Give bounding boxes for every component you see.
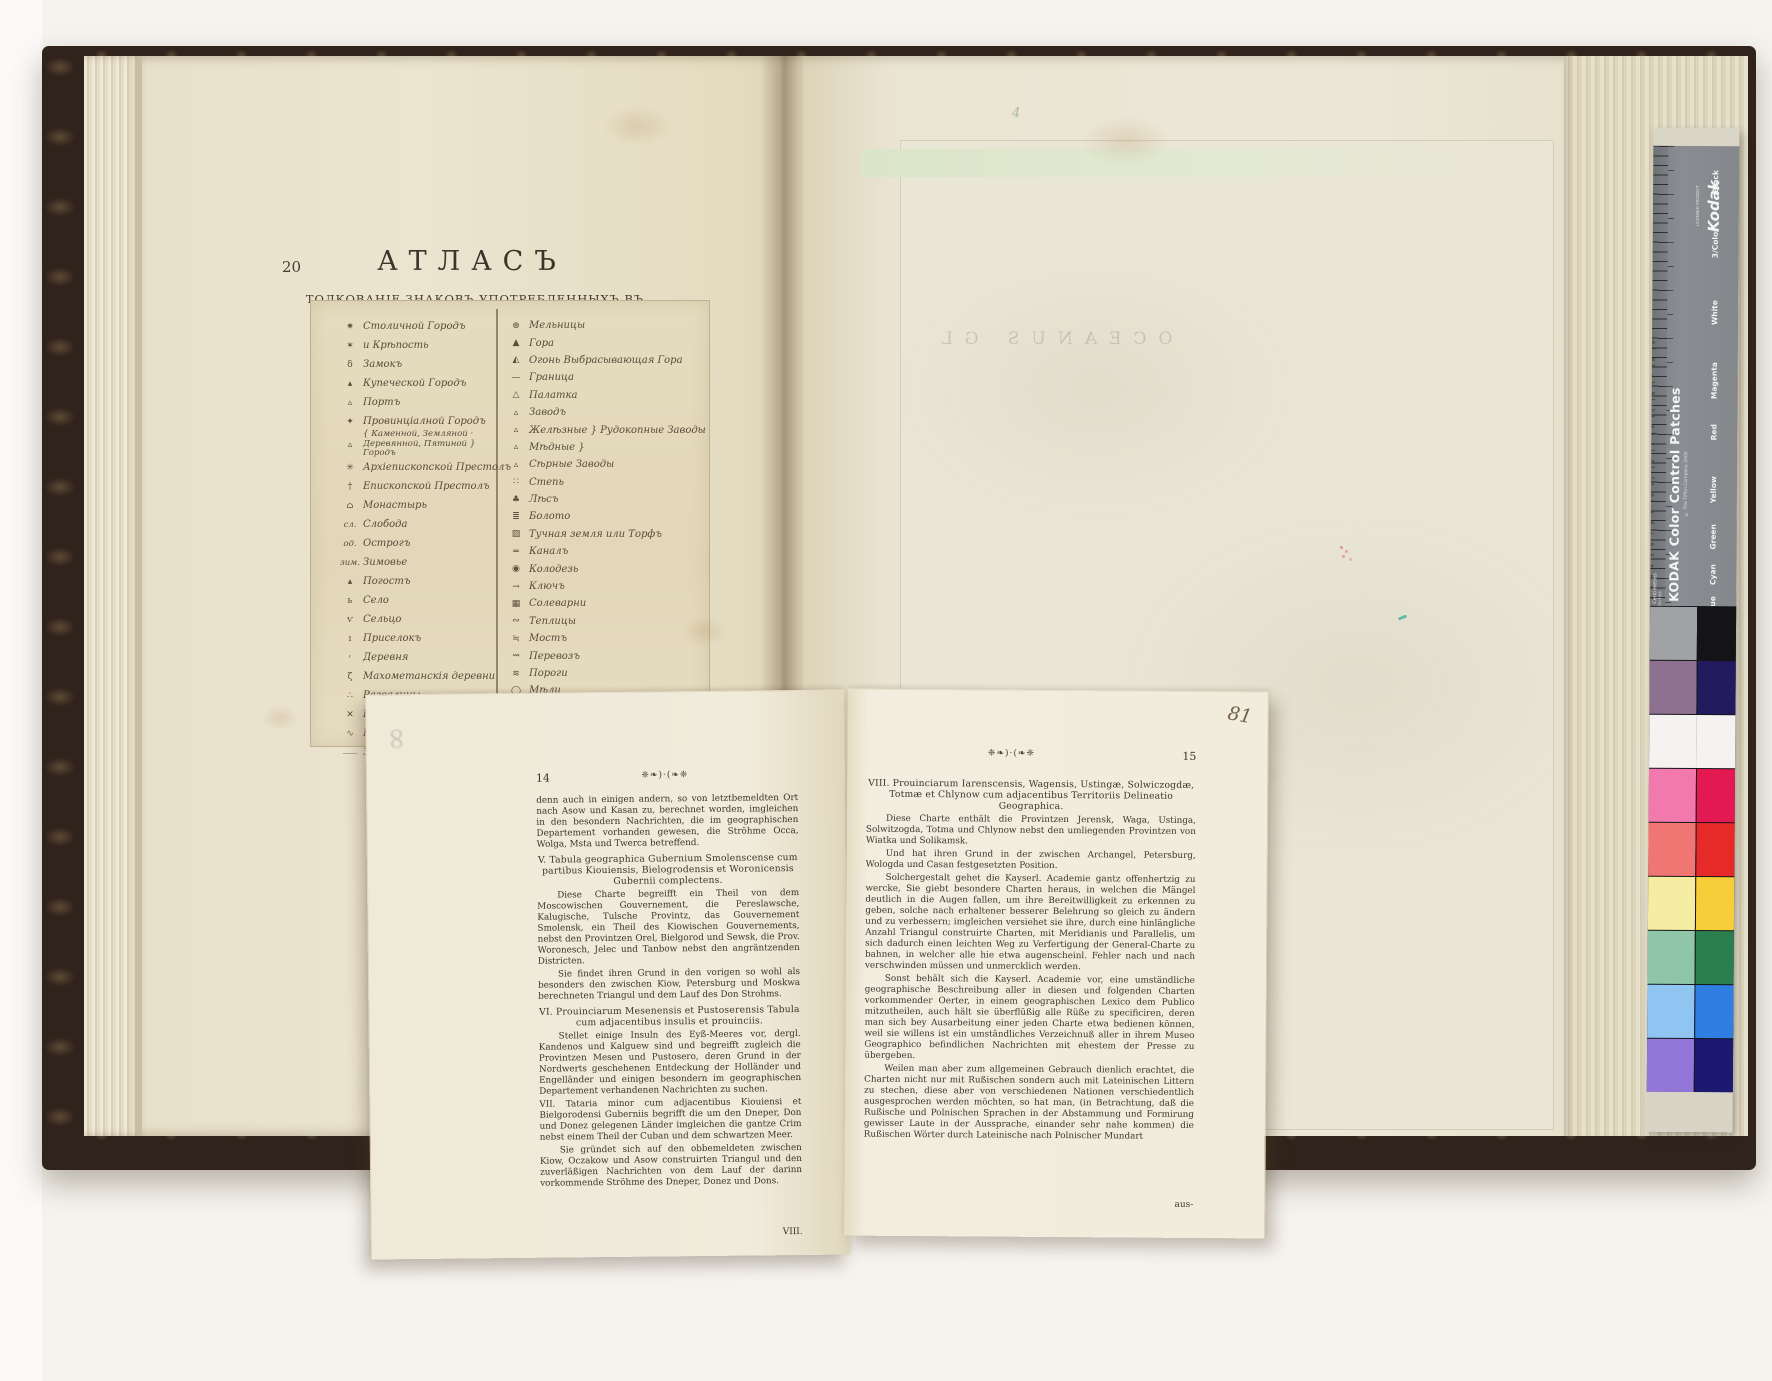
legend-label: Сѣрные Заводы bbox=[529, 459, 614, 470]
legend-label: Теплицы bbox=[529, 616, 576, 627]
legend-label: Острогъ bbox=[363, 538, 410, 549]
legend-label: Деревня bbox=[363, 652, 408, 663]
legend-label: Зимовье bbox=[363, 557, 407, 568]
patch-solid-swatch bbox=[1696, 661, 1735, 714]
patch-name-label: Cyan bbox=[1708, 564, 1717, 585]
patch-solid-swatch bbox=[1694, 985, 1733, 1038]
legend-item: → Ключъ bbox=[503, 578, 703, 595]
legend-label: Солеварни bbox=[529, 598, 586, 609]
patch-name-label: Blue bbox=[1708, 596, 1717, 606]
legend-symbol-icon: ѵ bbox=[337, 615, 363, 625]
page-title: АТЛАСЪ bbox=[272, 246, 672, 277]
legend-symbol-icon: ı bbox=[337, 634, 363, 644]
legend-label: Купеческой Городъ bbox=[363, 378, 466, 389]
booklet-right-text: VIII. Prouinciarum Iarenscensis, Wagensi… bbox=[864, 774, 1197, 1145]
booklet-paragraph: Diese Charte begreifft ein Theil von dem… bbox=[537, 888, 800, 968]
legend-column-right: ⊛ Мельницы ▲ Гора ◭ Огонь Выбрасывающая … bbox=[503, 317, 703, 700]
legend-item: ▵ Портъ bbox=[337, 393, 495, 412]
legend-symbol-icon: ▵ bbox=[503, 442, 529, 452]
legend-symbol-icon: ζ bbox=[337, 672, 363, 682]
legend-symbol-icon: ▴ bbox=[337, 379, 363, 389]
legend-label: Тучная земля или Торфъ bbox=[529, 529, 662, 540]
booklet-right-leaf: 81 ❈❧)·(❧❈ 15 VIII. Prouinciarum Iarensc… bbox=[844, 689, 1269, 1239]
legend-item: ◭ Огонь Выбрасывающая Гора bbox=[503, 352, 703, 369]
patch-name-label: White bbox=[1710, 300, 1719, 325]
legend-label: Замокъ bbox=[363, 359, 402, 370]
patch-tint-swatch bbox=[1648, 931, 1695, 984]
booklet-paragraph: Weilen man aber zum allgemeinen Gebrauch… bbox=[864, 1064, 1195, 1143]
legend-item: сл. Слобода bbox=[337, 515, 495, 534]
booklet-page-number: 15 bbox=[1182, 750, 1196, 763]
legend-symbol-icon: ♣ bbox=[503, 495, 529, 505]
legend-label: Колодезь bbox=[529, 564, 578, 575]
legend-symbol-icon: † bbox=[337, 482, 363, 492]
header-ornament-icon: ❈❧)·(❧❈ bbox=[536, 769, 794, 782]
legend-symbol-icon: → bbox=[503, 582, 529, 592]
legend-symbol-icon: ◉ bbox=[503, 564, 529, 574]
patch-name-label: Red bbox=[1709, 424, 1718, 440]
booklet-paragraph: VI. Prouinciarum Mesenensis et Pustosere… bbox=[538, 1004, 800, 1029]
catchword: aus- bbox=[863, 1198, 1193, 1210]
legend-symbol-icon: ✷ bbox=[337, 322, 363, 332]
color-patch-row bbox=[1648, 930, 1734, 985]
legend-item: ⇝ Перевозъ bbox=[503, 647, 703, 664]
booklet-paragraph: Diese Charte enthält die Provintzen Jere… bbox=[866, 814, 1196, 849]
legend-symbol-icon: ≒ bbox=[503, 634, 529, 644]
legend-label: Монастырь bbox=[363, 500, 427, 511]
legend-symbol-icon: ˓ bbox=[337, 653, 363, 663]
legend-item: ∷ Степь bbox=[503, 474, 703, 491]
legend-label: Желѣзные } Рудокопные Заводы bbox=[529, 425, 706, 436]
patch-tint-swatch bbox=[1650, 607, 1697, 660]
legend-symbol-icon: — bbox=[503, 373, 529, 383]
legend-symbol-icon: ⊛ bbox=[503, 321, 529, 331]
legend-label: Портъ bbox=[363, 397, 400, 408]
legend-label: Болото bbox=[529, 511, 570, 522]
strip-title: KODAK Color Control Patches bbox=[1666, 232, 1684, 602]
legend-symbol-icon: △ bbox=[503, 390, 529, 400]
patch-name-label: Black bbox=[1711, 170, 1720, 193]
legend-symbol-icon: ▵ bbox=[337, 398, 363, 408]
strip-copyright: © The Tiffen Company 2000 bbox=[1684, 296, 1691, 516]
color-patch-row bbox=[1647, 984, 1733, 1039]
legend-label: Гора bbox=[529, 338, 554, 349]
legend-label: Сельцо bbox=[363, 614, 401, 625]
legend-item: ⌂ Монастырь bbox=[337, 496, 495, 515]
booklet-paragraph: Solchergestalt gehet die Kayserl. Academ… bbox=[865, 873, 1196, 974]
booklet-paragraph: denn auch in einigen andern, so von letz… bbox=[536, 793, 799, 851]
patch-solid-swatch bbox=[1697, 607, 1736, 660]
catchword: VIII. bbox=[541, 1227, 803, 1240]
legend-label: и Крѣпость bbox=[363, 340, 429, 351]
handwritten-annotation: 81 bbox=[1226, 702, 1254, 728]
legend-label: Приселокъ bbox=[363, 633, 421, 644]
legend-label: Перевозъ bbox=[529, 651, 580, 662]
page-edges-left bbox=[84, 56, 142, 1136]
legend-symbol-icon: ь bbox=[337, 596, 363, 606]
patch-name-label: 3/Color bbox=[1711, 228, 1720, 258]
legend-label: Слобода bbox=[363, 519, 407, 530]
booklet-paragraph: Sonst behält sich die Kayserl. Academie … bbox=[864, 974, 1195, 1064]
color-patch-row bbox=[1650, 606, 1736, 661]
legend-item: ▲ Гора bbox=[503, 334, 703, 351]
legend-item: ▦ Солеварни bbox=[503, 595, 703, 612]
booklet-paragraph: Sie gründet sich auf den obbemeldeten zw… bbox=[540, 1143, 802, 1190]
legend-item: ▵ { Каменной, Земляной · Деревянной, Пят… bbox=[337, 431, 495, 458]
legend-item: од. Острогъ bbox=[337, 534, 495, 553]
kodak-color-control-strip: 1 2 3 4 5 6 7 8 9 10 11 12 13 14 15 16 1… bbox=[1646, 128, 1739, 1133]
booklet-paragraph: V. Tabula geographica Gubernium Smolensc… bbox=[537, 852, 799, 888]
strip-ruler-section: 1 2 3 4 5 6 7 8 9 10 11 12 13 14 15 16 1… bbox=[1650, 146, 1739, 607]
legend-symbol-icon: од. bbox=[337, 539, 363, 549]
legend-symbol-icon: ≣ bbox=[503, 512, 529, 522]
legend-label: Мельницы bbox=[529, 320, 585, 331]
legend-item: ˓ Деревня bbox=[337, 648, 495, 667]
patch-tint-swatch bbox=[1648, 877, 1695, 930]
color-patch-row bbox=[1649, 768, 1735, 823]
booklet-paragraph: VIII. Prouinciarum Iarenscensis, Wagensi… bbox=[866, 778, 1196, 813]
pink-speckles bbox=[1340, 546, 1343, 549]
foxing-stain bbox=[262, 706, 298, 730]
foxing-stain bbox=[682, 616, 726, 646]
legend-item: ◉ Колодезь bbox=[503, 560, 703, 577]
patch-tint-swatch bbox=[1649, 715, 1696, 768]
patch-name-label: Yellow bbox=[1709, 476, 1718, 503]
legend-plate: ✷ Столичной Городъ ✶ и Крѣпость δ Замокъ bbox=[310, 300, 710, 747]
legend-symbol-icon: зим. bbox=[337, 558, 363, 568]
color-patch-row bbox=[1648, 876, 1734, 931]
legend-label: Пороги bbox=[529, 668, 568, 679]
legend-label: Граница bbox=[529, 372, 574, 383]
legend-symbol-icon: ▴ bbox=[337, 577, 363, 587]
legend-item: ▴ Купеческой Городъ bbox=[337, 374, 495, 393]
legend-label: Погостъ bbox=[363, 576, 411, 587]
legend-item: ≒ Мостъ bbox=[503, 630, 703, 647]
legend-label: Каналъ bbox=[529, 546, 568, 557]
legend-symbol-icon: ⌂ bbox=[337, 501, 363, 511]
legend-symbol-icon: ▵ bbox=[337, 440, 363, 450]
legend-label: Провинціалной Городъ bbox=[363, 416, 486, 427]
legend-symbol-icon: ◭ bbox=[503, 355, 529, 365]
legend-item: ▨ Тучная земля или Торфъ bbox=[503, 526, 703, 543]
legend-label: Архіепископской Престолъ bbox=[363, 462, 511, 473]
color-patch-row bbox=[1649, 660, 1735, 715]
legend-item: ь Село bbox=[337, 591, 495, 610]
patch-solid-swatch bbox=[1695, 823, 1734, 876]
legend-item: ▵ Желѣзные } Рудокопные Заводы bbox=[503, 421, 703, 438]
legend-item: ✷ Столичной Городъ bbox=[337, 317, 495, 336]
scanned-book-photo: 20 АТЛАСЪ ТОЛКОВАНІЕ ЗНАКОВЪ УПОТРЕБЛЕНН… bbox=[0, 0, 1772, 1381]
patch-tint-swatch bbox=[1649, 769, 1696, 822]
legend-label: Село bbox=[363, 595, 389, 606]
legend-item: ≣ Болото bbox=[503, 508, 703, 525]
legend-item: ✶ и Крѣпость bbox=[337, 336, 495, 355]
legend-symbol-icon: δ bbox=[337, 360, 363, 370]
legend-label: Степь bbox=[529, 477, 564, 488]
legend-item: ▴ Погостъ bbox=[337, 572, 495, 591]
legend-symbol-icon: ▵ bbox=[503, 425, 529, 435]
legend-label: Лѣсъ bbox=[529, 494, 558, 505]
color-patch-row bbox=[1649, 714, 1735, 769]
legend-item: ♣ Лѣсъ bbox=[503, 491, 703, 508]
legend-label: Мѣдные } bbox=[529, 442, 585, 453]
legend-item: — Граница bbox=[503, 369, 703, 386]
legend-symbol-icon: ∴ bbox=[337, 691, 363, 701]
legend-item: ═ Каналъ bbox=[503, 543, 703, 560]
legend-symbol-icon: ✶ bbox=[337, 341, 363, 351]
booklet-left-leaf: ∞ 14 ❈❧)·(❧❈ denn auch in einigen andern… bbox=[365, 690, 850, 1260]
patch-solid-swatch bbox=[1696, 769, 1735, 822]
legend-symbol-icon: сл. bbox=[337, 520, 363, 530]
legend-item: ▵ Сѣрные Заводы bbox=[503, 456, 703, 473]
legend-symbol-icon: ▵ bbox=[503, 408, 529, 418]
strip-tail bbox=[1646, 1092, 1732, 1133]
paper-watermark-icon: ∞ bbox=[379, 726, 414, 751]
strip-color-patches bbox=[1647, 606, 1736, 1093]
legend-item: † Епископской Престолъ bbox=[337, 477, 495, 496]
legend-label: Епископской Престолъ bbox=[363, 481, 490, 492]
patch-tint-swatch bbox=[1647, 1039, 1694, 1092]
licensed-product-label: LICENSED PRODUCT bbox=[1695, 156, 1700, 226]
legend-label: Столичной Городъ bbox=[363, 321, 465, 332]
legend-symbol-icon: ▨ bbox=[503, 529, 529, 539]
legend-item: △ Палатка bbox=[503, 387, 703, 404]
legend-item: δ Замокъ bbox=[337, 355, 495, 374]
booklet-paragraph: Stellet einige Insuln des Eyß-Meeres vor… bbox=[539, 1029, 802, 1098]
patch-solid-swatch bbox=[1695, 931, 1734, 984]
booklet-left-header: 14 ❈❧)·(❧❈ bbox=[536, 769, 794, 788]
patch-solid-swatch bbox=[1696, 715, 1735, 768]
legend-item: ▵ Заводъ bbox=[503, 404, 703, 421]
header-ornament-icon: ❈❧)·(❧❈ bbox=[866, 748, 1156, 760]
booklet-paragraph: VII. Tataria minor cum adjacentibus Kiou… bbox=[539, 1097, 801, 1144]
faint-green-mark: 4 bbox=[1012, 106, 1020, 121]
legend-symbol-icon: ✳ bbox=[337, 463, 363, 473]
legend-symbol-icon: ≋ bbox=[503, 669, 529, 679]
legend-label: Махометанскія деревни bbox=[363, 671, 495, 682]
legend-item: ı Приселокъ bbox=[337, 629, 495, 648]
legend-column-divider bbox=[496, 309, 498, 736]
legend-label: Мостъ bbox=[529, 633, 567, 644]
legend-item: ∾ Теплицы bbox=[503, 613, 703, 630]
patch-tint-swatch bbox=[1647, 985, 1694, 1038]
color-patch-row bbox=[1647, 1038, 1733, 1093]
patch-solid-swatch bbox=[1694, 1039, 1733, 1092]
mirrored-map-title: OCEANUS GL bbox=[901, 329, 1201, 349]
legend-item: ▵ Мѣдные } bbox=[503, 439, 703, 456]
legend-label: Ключъ bbox=[529, 581, 565, 592]
legend-symbol-icon: ∿ bbox=[337, 729, 363, 739]
strip-backing-card bbox=[1653, 128, 1739, 147]
legend-symbol-icon: ⸺ bbox=[337, 746, 363, 759]
legend-item: ⊛ Мельницы bbox=[503, 317, 703, 334]
legend-symbol-icon: ▵ bbox=[503, 460, 529, 470]
legend-item: ζ Махометанскія деревни bbox=[337, 667, 495, 686]
scanner-background bbox=[0, 0, 42, 1381]
legend-label: Огонь Выбрасывающая Гора bbox=[529, 355, 683, 366]
booklet-paragraph: Sie findet ihren Grund in den vorigen so… bbox=[538, 967, 800, 1003]
legend-label: { Каменной, Земляной · Деревянной, Пятин… bbox=[363, 430, 495, 459]
legend-symbol-icon: ▲ bbox=[503, 338, 529, 348]
legend-item: ≋ Пороги bbox=[503, 665, 703, 682]
legend-symbol-icon: ⇝ bbox=[503, 651, 529, 661]
patch-tint-swatch bbox=[1649, 661, 1696, 714]
foxing-stain bbox=[1080, 116, 1170, 166]
patch-name-label: Green bbox=[1709, 524, 1718, 549]
legend-label: Палатка bbox=[529, 390, 577, 401]
map-green-tint-band bbox=[861, 149, 1501, 177]
booklet-right-header: ❈❧)·(❧❈ 15 bbox=[866, 748, 1196, 766]
legend-symbol-icon: ═ bbox=[503, 547, 529, 557]
legend-item: ✳ Архіепископской Престолъ bbox=[337, 458, 495, 477]
patch-tint-swatch bbox=[1648, 823, 1695, 876]
booklet-paragraph: Und hat ihren Grund in der zwischen Arch… bbox=[866, 849, 1196, 873]
legend-symbol-icon: ✦ bbox=[337, 417, 363, 427]
legend-label: Заводъ bbox=[529, 407, 566, 418]
legend-symbol-icon: ✕ bbox=[337, 710, 363, 720]
patch-name-label: Magenta bbox=[1710, 362, 1719, 399]
color-patch-row bbox=[1648, 822, 1734, 877]
foxing-stain bbox=[602, 106, 672, 146]
legend-symbol-icon: ∾ bbox=[503, 616, 529, 626]
legend-symbol-icon: ▦ bbox=[503, 599, 529, 609]
legend-item: ѵ Сельцо bbox=[337, 610, 495, 629]
legend-symbol-icon: ∷ bbox=[503, 477, 529, 487]
booklet-left-text: denn auch in einigen andern, so von letz… bbox=[536, 793, 802, 1192]
legend-item: зим. Зимовье bbox=[337, 553, 495, 572]
patch-solid-swatch bbox=[1695, 877, 1734, 930]
ruler-unit-inches: Inches bbox=[1658, 566, 1663, 606]
